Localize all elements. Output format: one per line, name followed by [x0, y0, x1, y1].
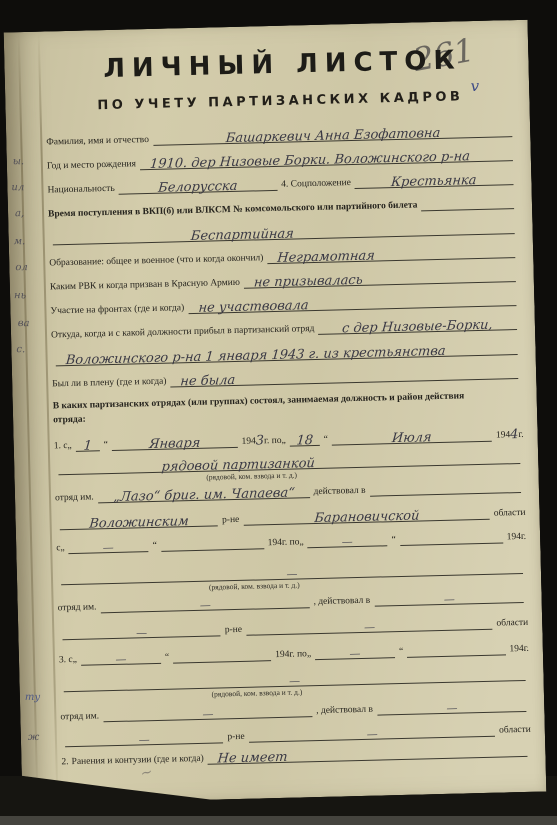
- answer-line: [421, 195, 514, 211]
- form-content: ЛИЧНЫЙ ЛИСТОК ПО УЧЕТУ ПАРТИЗАНСКИХ КАДР…: [44, 32, 532, 768]
- pen-dash: —: [68, 540, 149, 556]
- quote-mark: “: [104, 439, 109, 451]
- handwritten-value: Не имеет: [217, 751, 288, 767]
- year-suffix: г. по: [289, 648, 307, 660]
- pen-dash: —: [103, 705, 313, 724]
- field-row-captivity: Был ли в плену (где и когда) не была: [52, 365, 522, 390]
- quote-mark: “: [324, 434, 329, 446]
- handwritten-value: Неграмотная: [277, 249, 376, 265]
- handwritten-value: не призывалась: [253, 274, 363, 291]
- month-line: [173, 647, 271, 663]
- handwritten-district: Воложинским: [59, 514, 219, 532]
- handwritten-value: 1910. дер Низовые Борки. Воложинского р-…: [149, 150, 470, 172]
- field-label: Время поступления в ВКП(б) или ВЛКСМ № к…: [48, 199, 418, 220]
- answer-line: Крестьянка: [355, 171, 514, 189]
- field-label: Национальность: [47, 183, 115, 197]
- answer-line: Неграмотная: [267, 244, 515, 264]
- field-number: 2.: [61, 756, 68, 768]
- pen-dash: —: [307, 534, 388, 550]
- acted-line: —: [374, 589, 524, 607]
- field-row-party-value: Беспартийная: [49, 220, 519, 245]
- unit1-district-row: Воложинским р-не Барановичской области: [55, 505, 525, 530]
- handwritten-year-digit: 4: [510, 427, 519, 442]
- month-line: [407, 641, 505, 657]
- unit-label: отряд им.: [55, 491, 94, 504]
- acted-label: , действовал в: [313, 595, 370, 608]
- year-suffix: г.: [524, 643, 529, 655]
- handwritten-month: Июля: [331, 430, 492, 448]
- edge-handwriting-mark: ту: [25, 692, 40, 703]
- edge-handwriting-mark: ол: [15, 262, 28, 273]
- binding-crease: [18, 32, 39, 804]
- pen-dash: —: [62, 624, 222, 642]
- edge-handwriting-mark: ы.: [13, 156, 24, 167]
- answer-line: с дер Низовые-Борки,: [318, 316, 517, 335]
- field-label: Фамилия, имя и отчество: [46, 134, 149, 149]
- answer-line: не участвовала: [188, 292, 516, 314]
- day-line: —: [307, 532, 387, 548]
- quote-mark: “: [399, 646, 404, 658]
- edge-handwriting-mark: ж: [28, 732, 39, 743]
- year-suffix: г.: [518, 429, 523, 441]
- handwritten-value: Белорусска: [118, 179, 278, 197]
- day-line: 18: [290, 432, 320, 447]
- region-label: области: [496, 617, 528, 630]
- quote-mark: “: [153, 540, 158, 552]
- acted-label: , действовал в: [316, 704, 373, 717]
- unit-label: отряд им.: [60, 710, 99, 723]
- day-line: —: [69, 538, 149, 554]
- region-line: —: [248, 723, 495, 743]
- units-intro-text-2: отряда:: [53, 414, 86, 427]
- year-printed: 194: [496, 429, 511, 441]
- field-row-party-label: Время поступления в ВКП(б) или ВЛКСМ № к…: [48, 195, 518, 220]
- handwritten-value: с дер Низовые-Борки,: [318, 318, 518, 337]
- unit3-name-row: отряд им. — , действовал в —: [60, 698, 530, 723]
- entry-prefix: 3. с: [59, 654, 73, 666]
- field-row-arrival-2: Воложинского р-на 1 января 1943 г. из кр…: [51, 341, 521, 366]
- month-line: Июля: [332, 428, 492, 446]
- month-line: [161, 535, 264, 552]
- field-row-fronts: Участие на фронтах (где и когда) не учас…: [50, 292, 520, 317]
- field-label: Был ли в плену (где и когда): [52, 376, 167, 391]
- field-label: Год и место рождения: [47, 158, 136, 172]
- scanned-document-screen: ы. ил а, м. ол нь ва с. ту ж ∼ 261 v ЛИЧ…: [0, 0, 557, 825]
- field-row-arrival: Откуда, когда и с какой должности прибыл…: [51, 316, 521, 341]
- pen-dash: —: [64, 731, 224, 749]
- edge-handwriting-mark: с.: [16, 344, 25, 355]
- answer-line: 1910. дер Низовые Борки. Воложинского р-…: [140, 147, 513, 170]
- handwritten-unit: „Лазо“ бриг. им. Чапаева“: [97, 486, 310, 505]
- field-row-birth: Год и место рождения 1910. дер Низовые Б…: [47, 147, 517, 172]
- form-subtitle: ПО УЧЕТУ ПАРТИЗАНСКИХ КАДРОВ: [45, 88, 515, 114]
- unit-line: „Лазо“ бриг. им. Чапаева“: [98, 484, 310, 503]
- unit-line: —: [100, 594, 309, 613]
- year-suffix: г. по: [264, 435, 282, 447]
- handwritten-month: Января: [111, 436, 238, 453]
- acted-line: —: [377, 698, 527, 716]
- field-row-name: Фамилия, имя и отчество Башаркевич Анна …: [46, 123, 516, 148]
- day-line: —: [315, 644, 395, 660]
- handwritten-day: 1: [75, 439, 100, 454]
- field-label: Откуда, когда и с какой должности прибыл…: [51, 323, 315, 341]
- handwritten-region: Барановичской: [243, 508, 491, 528]
- unit3-district-row: — р-не — области: [61, 722, 531, 747]
- answer-line: Белорусска: [119, 177, 278, 195]
- pen-dash: —: [315, 646, 396, 662]
- field-label: Ранения и контузии (где и когда): [71, 753, 203, 768]
- answer-line: Не имеет: [208, 743, 528, 765]
- region-label: области: [499, 724, 531, 737]
- field-label: Участие на фронтах (где и когда): [50, 302, 184, 317]
- field-row-nationality: Национальность Белорусска 4. Соцположени…: [47, 171, 517, 196]
- pen-dash: —: [374, 591, 525, 609]
- district-line: —: [62, 622, 221, 640]
- day-line: —: [81, 650, 161, 666]
- answer-line: не призывалась: [244, 268, 516, 289]
- unit-label: отряд им.: [58, 601, 97, 614]
- pencil-smudge: ∼: [138, 764, 153, 783]
- month-line: Января: [112, 434, 238, 451]
- year-printed: 194: [509, 643, 524, 655]
- pen-dash: —: [376, 700, 527, 718]
- unit1-dates-row: 1. с „ 1 “ Января 1943 г. по „ 18 “ Июля…: [54, 426, 524, 452]
- field-label: Каким РВК и когда призван в Красную Арми…: [50, 277, 240, 294]
- quote-mark: „: [67, 440, 72, 452]
- scan-bottom-band: [0, 816, 557, 825]
- unit-line: —: [103, 703, 312, 722]
- quote-mark: „: [299, 536, 304, 548]
- handwritten-value: Воложинского р-на 1 января 1943 г. из кр…: [65, 345, 446, 368]
- handwritten-value: Крестьянка: [354, 173, 514, 191]
- year-printed: 194: [507, 531, 522, 543]
- edge-handwriting-mark: а,: [15, 208, 24, 219]
- pen-dash: —: [248, 725, 496, 745]
- pen-dash: —: [80, 652, 161, 668]
- district-label: р-не: [225, 624, 243, 636]
- handwritten-day: 18: [289, 434, 320, 449]
- field-row-education: Образование: общее и военное (что и когд…: [49, 244, 519, 269]
- edge-handwriting-mark: ва: [18, 318, 30, 329]
- answer-line: Беспартийная: [53, 220, 515, 245]
- district-line: —: [65, 729, 224, 747]
- region-label: области: [494, 507, 526, 520]
- acted-line: [369, 479, 521, 497]
- pen-dash: —: [245, 618, 493, 638]
- district-line: Воложинским: [59, 512, 218, 530]
- handwritten-value: Башаркевич Анна Езофатовна: [152, 125, 512, 148]
- answer-line: Воложинского р-на 1 января 1943 г. из кр…: [55, 341, 517, 366]
- acted-label: действовал в: [313, 485, 365, 498]
- handwritten-value: не участвовала: [198, 299, 309, 316]
- quote-mark: „: [281, 435, 286, 447]
- quote-mark: “: [391, 534, 396, 546]
- year-printed: 194: [241, 435, 256, 447]
- field-row-rvk: Каким РВК и когда призван в Красную Арми…: [50, 268, 520, 293]
- entry-prefix: 1. с: [54, 440, 68, 452]
- year-suffix: г. по: [282, 536, 300, 548]
- unit2-dates-row: с „ — “ 194 г. по „ — “ 194 г.: [56, 529, 526, 554]
- handwritten-value: не была: [180, 374, 236, 389]
- pen-dash: —: [100, 596, 310, 615]
- answer-line: не была: [170, 365, 518, 387]
- year-suffix: г.: [521, 531, 526, 543]
- quote-mark: „: [73, 654, 78, 666]
- answer-line: Башаркевич Анна Езофатовна: [153, 123, 513, 146]
- quote-mark: „: [60, 542, 65, 554]
- year-printed: 194: [275, 649, 290, 661]
- quote-mark: „: [307, 648, 312, 660]
- field-label: Образование: общее и военное (что и когд…: [49, 252, 263, 269]
- day-line: 1: [76, 437, 100, 452]
- region-line: —: [246, 616, 493, 636]
- edge-handwriting-mark: ил: [11, 182, 24, 193]
- district-label: р-не: [227, 731, 245, 743]
- unit3-dates-row: 3. с „ — “ 194 г. по „ — “ 194 г.: [59, 641, 529, 666]
- field-label: 4. Соцположение: [281, 177, 351, 191]
- handwritten-year-digit: 3: [256, 433, 265, 448]
- region-line: Барановичской: [243, 506, 490, 526]
- edge-handwriting-mark: нь: [14, 290, 26, 301]
- year-printed: 194: [268, 537, 283, 549]
- form-page: ы. ил а, м. ол нь ва с. ту ж ∼ 261 v ЛИЧ…: [4, 20, 547, 805]
- quote-mark: “: [165, 652, 170, 664]
- district-label: р-не: [222, 514, 240, 526]
- form-title: ЛИЧНЫЙ ЛИСТОК: [50, 44, 515, 85]
- month-line: [400, 529, 503, 546]
- unit2-district-row: — р-не — области: [58, 615, 528, 640]
